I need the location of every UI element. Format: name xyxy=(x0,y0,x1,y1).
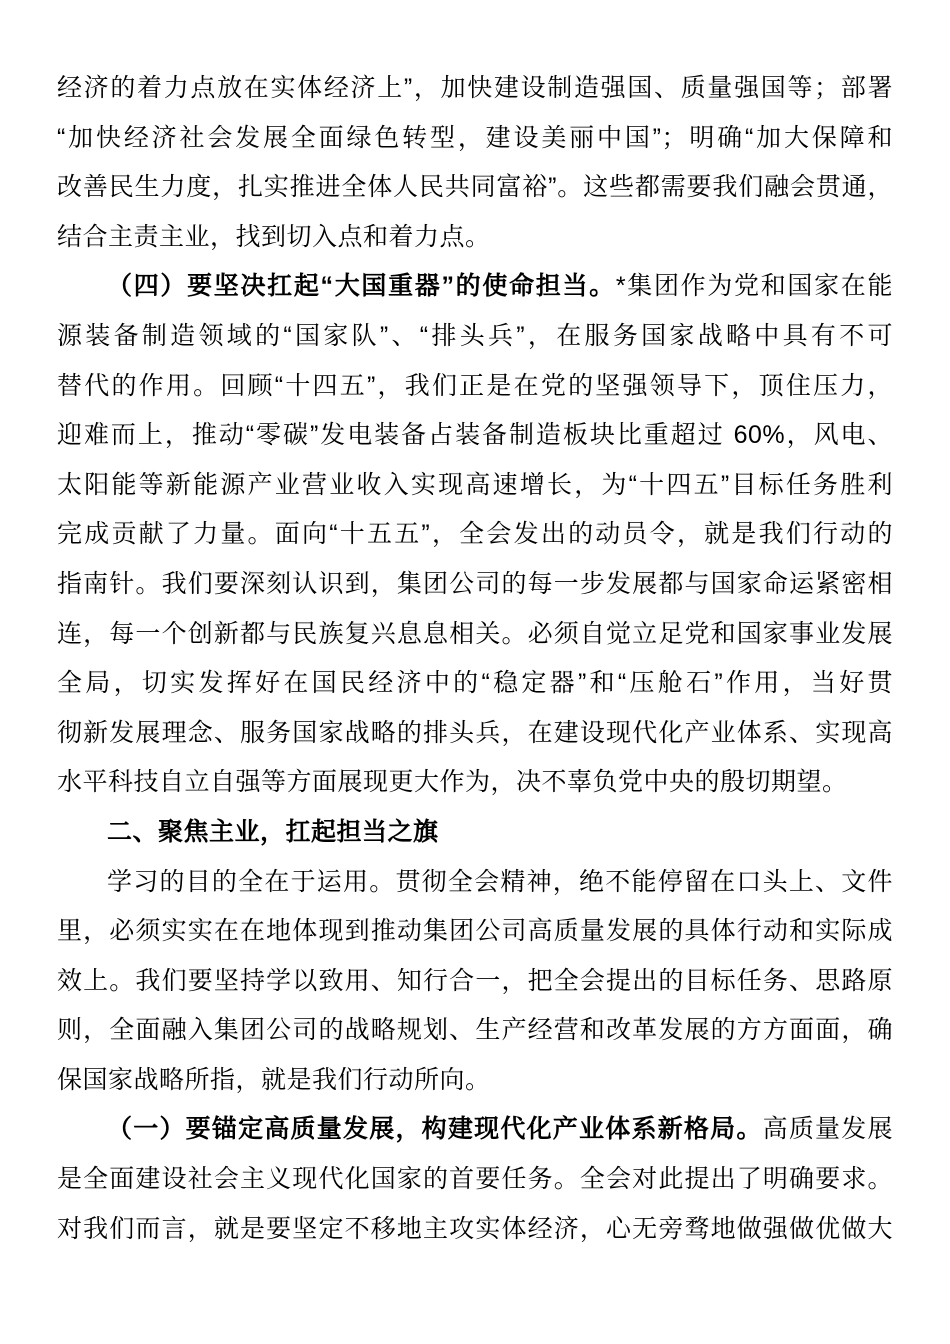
text-segment: *集团作为党和国家在能 xyxy=(616,272,893,300)
text-segment: 是全面建设社会主义现代化国家的首要任务。全会对此提出了明确要求。 xyxy=(57,1165,893,1193)
text-segment: 经济的着力点放在实体经济上”，加快建设制造强国、质量强国等；部署 xyxy=(57,74,893,102)
text-segment: 高质量发展 xyxy=(763,1115,893,1143)
text-segment: 学习的目的全在于运用。贯彻全会精神，绝不能停留在口头上、文件 xyxy=(107,868,893,896)
text-line: 太阳能等新能源产业营业收入实现高速增长，为“十四五”目标任务胜利 xyxy=(57,461,893,511)
text-segment: 结合主责主业，找到切入点和着力点。 xyxy=(57,223,491,251)
text-line: 效上。我们要坚持学以致用、知行合一，把全会提出的目标任务、思路原 xyxy=(57,957,893,1007)
text-segment: 连，每一个创新都与民族复兴息息相关。必须自觉立足党和国家事业发展 xyxy=(57,620,893,648)
text-line: 经济的着力点放在实体经济上”，加快建设制造强国、质量强国等；部署 xyxy=(57,64,893,114)
text-line: （四）要坚决扛起“大国重器”的使命担当。*集团作为党和国家在能 xyxy=(57,262,893,312)
text-line: 全局，切实发挥好在国民经济中的“稳定器”和“压舱石”作用，当好贯 xyxy=(57,659,893,709)
bold-text-segment: （一）要锚定高质量发展，构建现代化产业体系新格局。 xyxy=(107,1115,763,1143)
text-segment: 指南针。我们要深刻认识到，集团公司的每一步发展都与国家命运紧密相 xyxy=(57,570,893,598)
text-segment: 源装备制造领域的“国家队”、“排头兵”，在服务国家战略中具有不可 xyxy=(57,322,893,350)
text-line: 迎难而上，推动“零碳”发电装备占装备制造板块比重超过 60%，风电、 xyxy=(57,411,893,461)
text-segment: 迎难而上，推动“零碳”发电装备占装备制造板块比重超过 60%，风电、 xyxy=(57,421,893,449)
text-segment: 彻新发展理念、服务国家战略的排头兵，在建设现代化产业体系、实现高 xyxy=(57,719,893,747)
document-page: 经济的着力点放在实体经济上”，加快建设制造强国、质量强国等；部署“加快经济社会发… xyxy=(0,0,950,1344)
text-line: 里，必须实实在在地体现到推动集团公司高质量发展的具体行动和实际成 xyxy=(57,907,893,957)
text-line: 对我们而言，就是要坚定不移地主攻实体经济，心无旁骛地做强做优做大 xyxy=(57,1205,893,1255)
bold-text-segment: （四）要坚决扛起“大国重器”的使命担当。 xyxy=(107,272,616,300)
text-line: 连，每一个创新都与民族复兴息息相关。必须自觉立足党和国家事业发展 xyxy=(57,610,893,660)
text-line: 源装备制造领域的“国家队”、“排头兵”，在服务国家战略中具有不可 xyxy=(57,312,893,362)
text-segment: 效上。我们要坚持学以致用、知行合一，把全会提出的目标任务、思路原 xyxy=(57,967,893,995)
text-segment: “加快经济社会发展全面绿色转型，建设美丽中国”；明确“加大保障和 xyxy=(57,124,893,152)
text-segment: 太阳能等新能源产业营业收入实现高速增长，为“十四五”目标任务胜利 xyxy=(57,471,893,499)
text-segment: 则，全面融入集团公司的战略规划、生产经营和改革发展的方方面面，确 xyxy=(57,1016,893,1044)
text-segment: 对我们而言，就是要坚定不移地主攻实体经济，心无旁骛地做强做优做大 xyxy=(57,1215,893,1243)
text-line: 彻新发展理念、服务国家战略的排头兵，在建设现代化产业体系、实现高 xyxy=(57,709,893,759)
text-segment: 里，必须实实在在地体现到推动集团公司高质量发展的具体行动和实际成 xyxy=(57,917,893,945)
document-body: 经济的着力点放在实体经济上”，加快建设制造强国、质量强国等；部署“加快经济社会发… xyxy=(57,64,893,1254)
text-segment: 替代的作用。回顾“十四五”，我们正是在党的坚强领导下，顶住压力， xyxy=(57,372,893,400)
section-heading: 二、聚焦主业，扛起担当之旗 xyxy=(57,808,893,858)
text-line: 指南针。我们要深刻认识到，集团公司的每一步发展都与国家命运紧密相 xyxy=(57,560,893,610)
text-line: 保国家战略所指，就是我们行动所向。 xyxy=(57,1056,893,1106)
text-line: 结合主责主业，找到切入点和着力点。 xyxy=(57,213,893,263)
text-line: “加快经济社会发展全面绿色转型，建设美丽中国”；明确“加大保障和 xyxy=(57,114,893,164)
text-line: 水平科技自立自强等方面展现更大作为，决不辜负党中央的殷切期望。 xyxy=(57,758,893,808)
text-line: 替代的作用。回顾“十四五”，我们正是在党的坚强领导下，顶住压力， xyxy=(57,362,893,412)
text-segment: 水平科技自立自强等方面展现更大作为，决不辜负党中央的殷切期望。 xyxy=(57,768,848,796)
bold-text-segment: 二、聚焦主业，扛起担当之旗 xyxy=(107,818,439,846)
text-line: 完成贡献了力量。面向“十五五”，全会发出的动员令，就是我们行动的 xyxy=(57,510,893,560)
text-line: （一）要锚定高质量发展，构建现代化产业体系新格局。高质量发展 xyxy=(57,1105,893,1155)
text-segment: 改善民生力度，扎实推进全体人民共同富裕”。这些都需要我们融会贯通， xyxy=(57,173,893,201)
text-line: 是全面建设社会主义现代化国家的首要任务。全会对此提出了明确要求。 xyxy=(57,1155,893,1205)
text-line: 改善民生力度，扎实推进全体人民共同富裕”。这些都需要我们融会贯通， xyxy=(57,163,893,213)
text-segment: 全局，切实发挥好在国民经济中的“稳定器”和“压舱石”作用，当好贯 xyxy=(57,669,893,697)
text-segment: 保国家战略所指，就是我们行动所向。 xyxy=(57,1066,491,1094)
text-line: 则，全面融入集团公司的战略规划、生产经营和改革发展的方方面面，确 xyxy=(57,1006,893,1056)
text-segment: 完成贡献了力量。面向“十五五”，全会发出的动员令，就是我们行动的 xyxy=(57,520,893,548)
text-line: 学习的目的全在于运用。贯彻全会精神，绝不能停留在口头上、文件 xyxy=(57,858,893,908)
